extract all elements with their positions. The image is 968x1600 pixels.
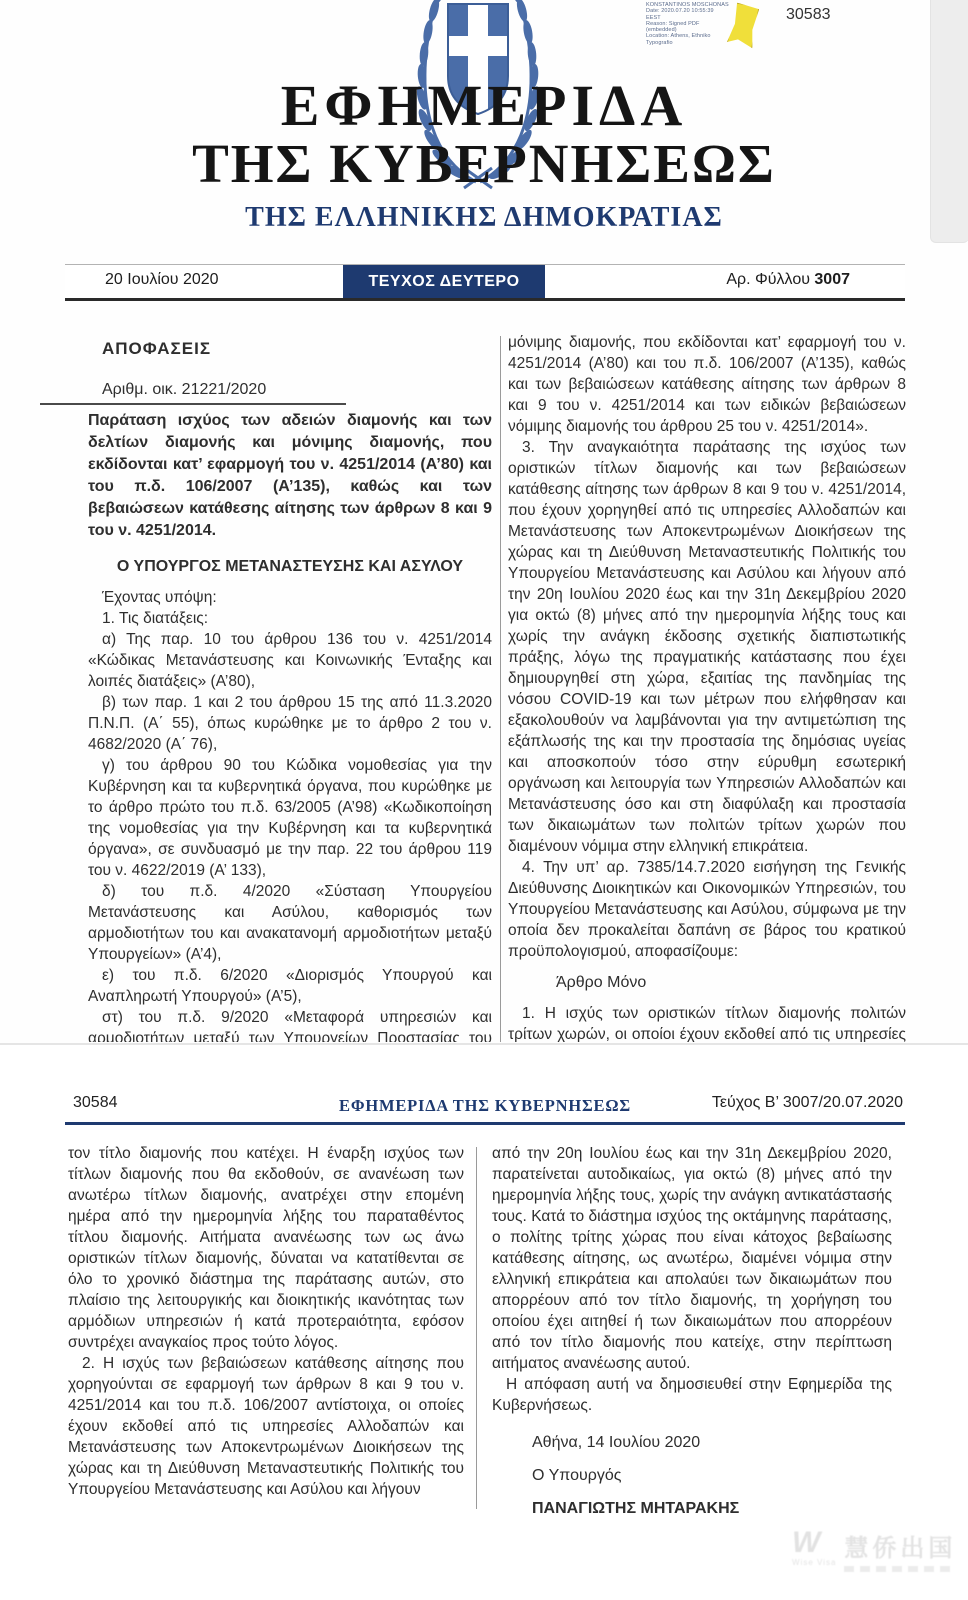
sheet-number: Αρ. Φύλλου 3007: [726, 271, 850, 289]
page2-right-column: από την 20η Ιουλίου έως και την 31η Δεκε…: [492, 1143, 892, 1531]
page1-right-column: μόνιμης διαμονής, που εκδίδονται κατ’ εφ…: [508, 332, 906, 1042]
paragraph: γ) του άρθρου 90 του Κώδικα νομοθεσίας γ…: [88, 755, 492, 881]
masthead-title-line2: ΤΗΣ ΚΥΒΕΡΝΗΣΕΩΣ: [0, 132, 968, 195]
page1-left-column: ΑΠΟΦΑΣΕΙΣ Αριθμ. οικ. 21221/2020 Παράτασ…: [88, 332, 492, 1042]
page1-body: ΑΠΟΦΑΣΕΙΣ Αριθμ. οικ. 21221/2020 Παράτασ…: [0, 332, 968, 1042]
paragraph: 4. Την υπ’ αρ. 7385/14.7.2020 εισήγηση τ…: [508, 857, 906, 962]
paragraph: α) Της παρ. 10 του άρθρου 136 του ν. 425…: [88, 629, 492, 692]
paragraph: β) των παρ. 1 και 2 του άρθρου 15 της απ…: [88, 692, 492, 755]
page-boundary-line: [0, 1043, 968, 1045]
paragraph: τον τίτλο διαμονής που κατέχει. Η έναρξη…: [68, 1143, 464, 1353]
sheet-number-label: Αρ. Φύλλου: [726, 271, 814, 288]
decision-number: Αριθμ. οικ. 21221/2020: [102, 379, 492, 400]
minister-heading: Ο ΥΠΟΥΡΓΟΣ ΜΕΤΑΝΑΣΤΕΥΣΗΣ ΚΑΙ ΑΣΥΛΟΥ: [88, 556, 492, 577]
paragraph: Η απόφαση αυτή να δημοσιευθεί στην Εφημε…: [492, 1374, 892, 1416]
masthead-title-line1: ΕΦΗΜΕΡΙΔΑ: [0, 72, 968, 139]
watermark: W Wise Visa 慧侨出国: [792, 1528, 962, 1588]
paragraph: μόνιμης διαμονής, που εκδίδονται κατ’ εφ…: [508, 332, 906, 437]
paragraph: 3. Την αναγκαιότητα παράτασης της ισχύος…: [508, 437, 906, 857]
watermark-logo-icon: W: [792, 1528, 836, 1558]
paragraph: στ) του π.δ. 9/2020 «Μεταφορά υπηρεσιών …: [88, 1007, 492, 1042]
watermark-brand: Wise Visa: [792, 1558, 836, 1567]
signature-role: Ο Υπουργός: [532, 1465, 892, 1486]
page-number: 30583: [786, 6, 866, 24]
decision-title: Παράταση ισχύος των αδειών διαμονής και …: [88, 410, 492, 542]
gazette-page-2: 30584 ΕΦΗΜΕΡΙΔΑ ΤΗΣ ΚΥΒΕΡΝΗΣΕΩΣ Τεύχος Β…: [0, 1085, 968, 1600]
gazette-page-1: KONSTANTINOS MOSCHONAS Date: 2020.07.20 …: [0, 0, 968, 1045]
watermark-cn-text: 慧侨出国: [844, 1528, 956, 1563]
sheet-number-value: 3007: [814, 271, 850, 288]
column-divider: [500, 336, 501, 1042]
digital-signature-stamp: KONSTANTINOS MOSCHONAS Date: 2020.07.20 …: [646, 2, 770, 52]
issue-series-badge: ΤΕΥΧΟΣ ΔΕΥΤΕΡΟ: [343, 265, 545, 298]
paragraph: Έχοντας υπόψη:: [88, 587, 492, 608]
paragraph: ε) του π.δ. 6/2020 «Διορισμός Υπουργού κ…: [88, 965, 492, 1007]
signature-place-date: Αθήνα, 14 Ιουλίου 2020: [532, 1432, 892, 1453]
paragraph-clipped: 1. Η ισχύς των οριστικών τίτλων διαμονής…: [508, 1003, 906, 1042]
issue-reference: Τεύχος Β’ 3007/20.07.2020: [712, 1094, 903, 1112]
article-heading: Άρθρο Μόνο: [556, 972, 906, 993]
watermark-tagline-blur: [844, 1566, 954, 1572]
column-divider: [476, 1147, 477, 1509]
paragraph: από την 20η Ιουλίου έως και την 31η Δεκε…: [492, 1143, 892, 1374]
page2-body: τον τίτλο διαμονής που κατέχει. Η έναρξη…: [0, 1143, 968, 1573]
paragraph: 2. Η ισχύς των βεβαιώσεων κατάθεσης αίτη…: [68, 1353, 464, 1500]
masthead-subtitle: ΤΗΣ ΕΛΛΗΝΙΚΗΣ ΔΗΜΟΚΡΑΤΙΑΣ: [0, 202, 968, 234]
signature-block: Αθήνα, 14 Ιουλίου 2020 Ο Υπουργός ΠΑΝΑΓΙ…: [532, 1432, 892, 1519]
paragraph: δ) του π.δ. 4/2020 «Σύσταση Υπουργείου Μ…: [88, 881, 492, 965]
section-heading: ΑΠΟΦΑΣΕΙΣ: [102, 338, 492, 359]
decision-number-rule: [40, 403, 346, 405]
issue-info-bar: 20 Ιουλίου 2020 ΤΕΥΧΟΣ ΔΕΥΤΕΡΟ Αρ. Φύλλο…: [65, 264, 905, 301]
issue-date: 20 Ιουλίου 2020: [105, 271, 219, 289]
paragraph: 1. Τις διατάξεις:: [88, 608, 492, 629]
page2-header: 30584 ΕΦΗΜΕΡΙΔΑ ΤΗΣ ΚΥΒΕΡΝΗΣΕΩΣ Τεύχος Β…: [65, 1090, 905, 1125]
page2-left-column: τον τίτλο διαμονής που κατέχει. Η έναρξη…: [68, 1143, 464, 1500]
signature-name: ΠΑΝΑΓΙΩΤΗΣ ΜΗΤΑΡΑΚΗΣ: [532, 1498, 892, 1519]
